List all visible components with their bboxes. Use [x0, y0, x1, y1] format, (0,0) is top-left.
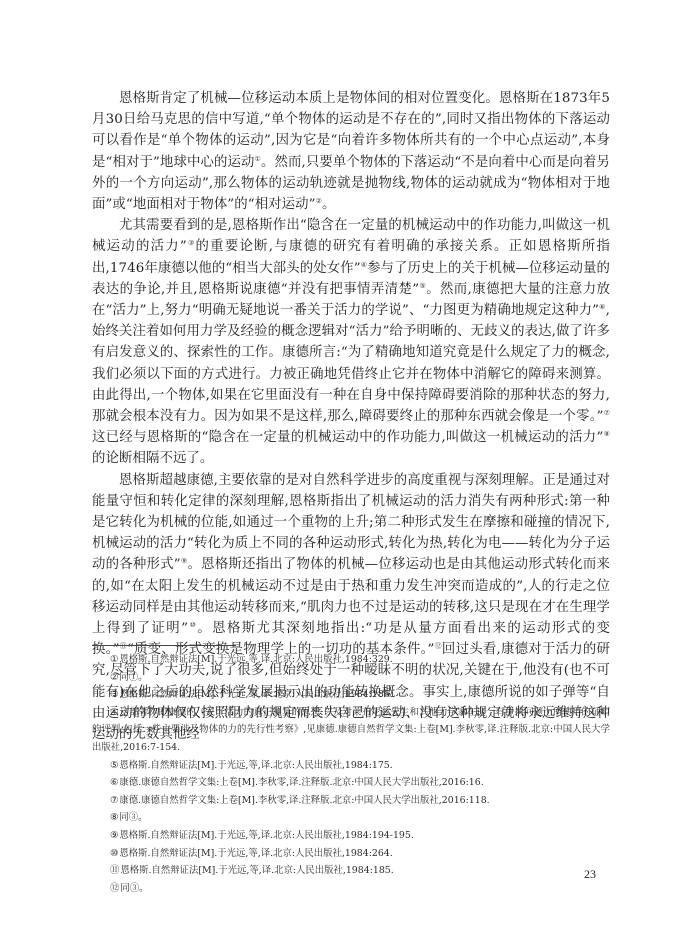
body-text: 恩格斯肯定了机械—位移运动本质上是物体间的相对位置变化。恩格斯在1873年5月3…: [92, 88, 610, 745]
footnote-text: 恩格斯.自然辩证法[M].于光远,等,译.北京:人民出版社,1984:329.: [119, 654, 392, 665]
footnote-mark: ⑩: [110, 848, 118, 859]
footnote-divider: [92, 645, 236, 646]
footnotes: ①恩格斯.自然辩证法[M].于光远,等,译.北京:人民出版社,1984:329.…: [92, 651, 610, 897]
footnote-text: 这部著作即康德的《关于活力的真正测算的思想:以及对莱布尼兹先生和其他力学家在这一…: [92, 707, 610, 753]
footnote-4: ④这部著作即康德的《关于活力的真正测算的思想:以及对莱布尼兹先生和其他力学家在这…: [92, 704, 610, 757]
footnote-text: 同③。: [120, 883, 148, 894]
paragraph-text: 的论断相隔不远了。: [92, 451, 213, 466]
footnote-7: ⑦康德.康德自然哲学文集:上卷[M].李秋零,译.注释版.北京:中国人民大学出版…: [92, 792, 610, 810]
footnote-ref[interactable]: ⑪: [120, 642, 127, 650]
footnote-10: ⑩恩格斯.自然辩证法[M].于光远,等,译.北京:人民出版社,1984:264.: [92, 845, 610, 863]
footnote-mark: ③: [110, 689, 118, 700]
paragraph-text: 这已经与恩格斯的“隐含在一定量的机械运动中的作功能力,叫做这一机械运动的活力”: [92, 430, 603, 445]
footnote-mark: ④: [110, 707, 119, 718]
footnote-9: ⑨恩格斯.自然辩证法[M].于光远,等,译.北京:人民出版社,1984:194-…: [92, 827, 610, 845]
footnote-1: ①恩格斯.自然辩证法[M].于光远,等,译.北京:人民出版社,1984:329.: [92, 651, 610, 669]
footnote-mark: ⑦: [110, 795, 118, 806]
paragraph-2: 尤其需要看到的是,恩格斯作出“隐含在一定量的机械运动中的作功能力,叫做这一机械运…: [92, 215, 610, 469]
footnote-6: ⑥康德.康德自然哲学文集:上卷[M].李秋零,译.注释版.北京:中国人民大学出版…: [92, 774, 610, 792]
footnote-mark: ⑥: [110, 777, 118, 788]
footnote-text: 同③。: [119, 812, 147, 823]
footnote-text: 康德.康德自然哲学文集:上卷[M].李秋零,译.注释版.北京:中国人民大学出版社…: [119, 777, 483, 788]
footnote-ref[interactable]: ⑧: [603, 430, 610, 438]
footnote-mark: ②: [110, 672, 118, 683]
paragraph-text: ,始终关注着如何用力学及经验的概念逻辑对“活力”给予明晰的、无歧义的表达,做了许…: [92, 303, 610, 424]
footnote-text: 恩格斯.自然辩证法[M].于光远,等,译.北京:人民出版社,1984:185.: [120, 865, 393, 876]
footnote-ref[interactable]: ③: [187, 239, 196, 247]
footnote-mark: ⑧: [110, 812, 118, 823]
footnote-8: ⑧同③。: [92, 809, 610, 827]
footnote-text: 恩格斯.自然辩证法[M].于光远,等,译.北京:人民出版社,1984:194-1…: [119, 830, 413, 841]
footnote-11: ⑪恩格斯.自然辩证法[M].于光远,等,译.北京:人民出版社,1984:185.: [92, 862, 610, 880]
paragraph-text: 。: [322, 197, 336, 212]
footnote-text: 恩格斯.自然辩证法[M].于光远,等,译.北京:人民出版社,1984:175.: [119, 760, 392, 771]
footnote-ref[interactable]: ⑫: [435, 642, 442, 650]
footnote-mark: ⑪: [110, 865, 119, 876]
footnote-3: ③恩格斯.自然辩证法[M].于光远,等,译.北京:人民出版社,1984:186.: [92, 686, 610, 704]
footnote-mark: ⑤: [110, 760, 118, 771]
footnote-mark: ⑨: [110, 830, 118, 841]
footnote-ref[interactable]: ⑩: [188, 621, 197, 629]
page-number: 23: [584, 867, 596, 882]
footnote-text: 恩格斯.自然辩证法[M].于光远,等,译.北京:人民出版社,1984:186.: [119, 689, 392, 700]
footnote-text: 恩格斯.自然辩证法[M].于光远,等,译.北京:人民出版社,1984:264.: [119, 848, 392, 859]
footnote-5: ⑤恩格斯.自然辩证法[M].于光远,等,译.北京:人民出版社,1984:175.: [92, 757, 610, 775]
footnote-2: ②同①。: [92, 669, 610, 687]
footnote-text: 同①。: [119, 672, 147, 683]
footnote-mark: ⑫: [110, 883, 119, 894]
paragraph-1: 恩格斯肯定了机械—位移运动本质上是物体间的相对位置变化。恩格斯在1873年5月3…: [92, 88, 610, 215]
footnote-text: 康德.康德自然哲学文集:上卷[M].李秋零,译.注释版.北京:中国人民大学出版社…: [119, 795, 489, 806]
footnote-ref[interactable]: ⑦: [604, 409, 610, 417]
footnote-12: ⑫同③。: [92, 880, 610, 898]
footnote-mark: ①: [110, 654, 118, 665]
